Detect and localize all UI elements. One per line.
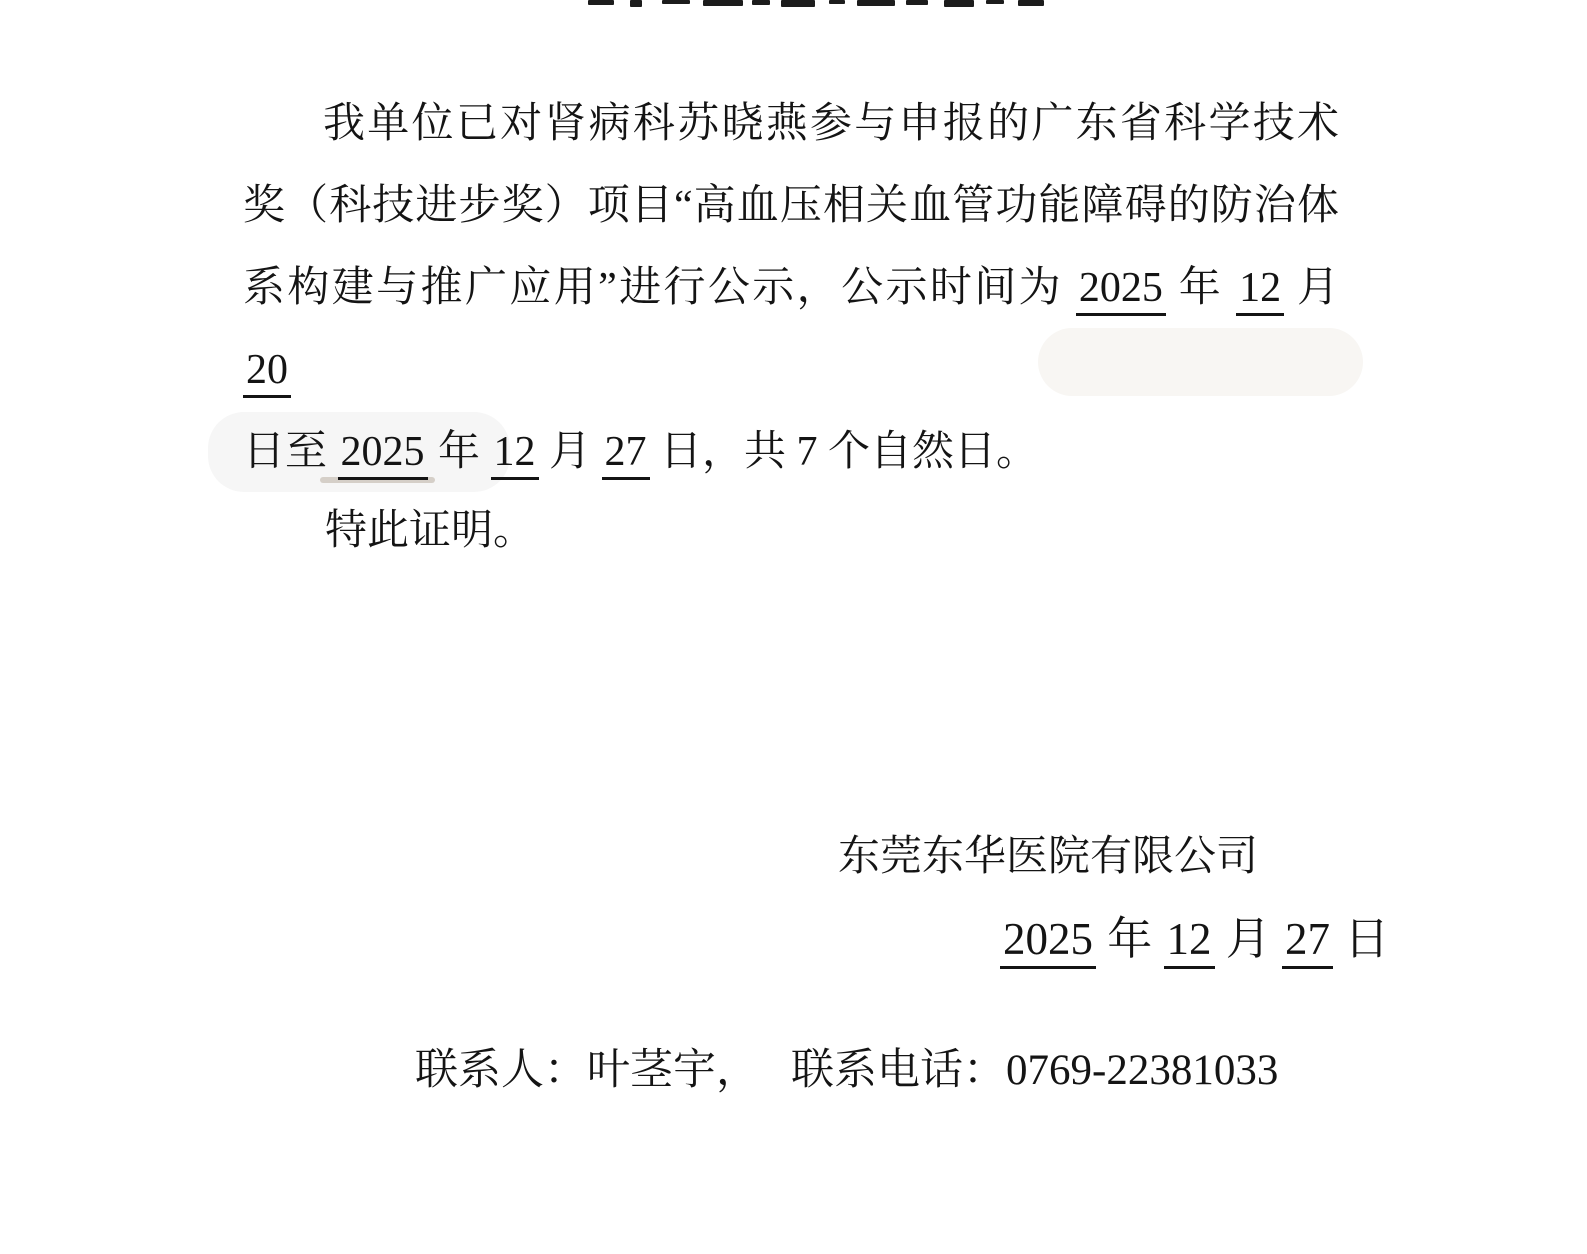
date-suffix: 日: [1333, 914, 1389, 964]
contact-person-name: 叶茎宇，: [587, 1047, 759, 1094]
paragraph-text: 我单位已对肾病科苏晓燕参与申报的广东省科学技术: [323, 101, 1339, 147]
contact-phone-label: 联系电话：: [791, 1047, 1006, 1094]
underlined-sig-day: 27: [1282, 914, 1333, 969]
title-fragment: [588, 0, 614, 5]
paragraph-text: 系构建与推广应用”进行公示，公示时间为: [243, 265, 1076, 311]
cropped-title-fragments: [588, 0, 1044, 9]
paragraph-line-1: 我单位已对肾病科苏晓燕参与申报的广东省科学技术: [243, 83, 1339, 165]
contact-line: 联系人：叶茎宇，联系电话：0769-22381033: [415, 1030, 1278, 1112]
title-fragment: [906, 0, 928, 5]
contact-person-label: 联系人：: [415, 1047, 587, 1094]
contact-phone-number: 0769-22381033: [1006, 1047, 1278, 1094]
title-fragment: [630, 0, 642, 7]
title-fragment: [944, 0, 974, 7]
date-separator: 月: [1215, 914, 1283, 964]
date-separator: 年: [1096, 914, 1164, 964]
title-fragment: [662, 0, 690, 4]
underlined-end-year: 2025: [338, 429, 428, 480]
title-fragment: [703, 0, 743, 6]
paragraph-line-2: 奖（科技进步奖）项目“高血压相关血管功能障碍的防治体: [243, 165, 1339, 247]
signature-company: 东莞东华医院有限公司: [838, 816, 1258, 898]
underlined-start-day: 20: [243, 347, 291, 398]
closing-statement: 特此证明。: [325, 490, 535, 572]
paragraph-text: 日，共 7 个自然日。: [650, 429, 1039, 475]
paragraph-text: 奖（科技进步奖）项目“高血压相关血管功能障碍的防治体: [243, 183, 1339, 229]
underlined-sig-month: 12: [1164, 914, 1215, 969]
paragraph-line-4: 日至 2025 年 12 月 27 日，共 7 个自然日。: [243, 411, 1339, 493]
date-separator: 年: [428, 429, 491, 475]
document-page: 我单位已对肾病科苏晓燕参与申报的广东省科学技术 奖（科技进步奖）项目“高血压相关…: [0, 0, 1587, 1254]
underlined-end-month: 12: [491, 429, 539, 480]
paragraph-line-3: 系构建与推广应用”进行公示，公示时间为 2025 年 12 月 20: [243, 247, 1339, 411]
title-fragment: [781, 0, 815, 7]
underlined-start-month: 12: [1236, 265, 1284, 316]
body-paragraph: 我单位已对肾病科苏晓燕参与申报的广东省科学技术 奖（科技进步奖）项目“高血压相关…: [243, 83, 1339, 493]
date-separator: 年: [1166, 265, 1236, 311]
underlined-sig-year: 2025: [1000, 914, 1096, 969]
date-separator: 月: [1284, 265, 1339, 311]
paragraph-text: 日至: [243, 429, 338, 475]
title-fragment: [1018, 0, 1044, 6]
underlined-end-day: 27: [602, 429, 650, 480]
title-fragment: [986, 0, 1004, 4]
underlined-start-year: 2025: [1076, 265, 1166, 316]
title-fragment: [829, 0, 845, 4]
date-separator: 月: [539, 429, 602, 475]
signature-date: 2025 年 12 月 27 日: [1000, 898, 1389, 980]
title-fragment: [752, 0, 770, 5]
title-fragment: [857, 0, 895, 6]
